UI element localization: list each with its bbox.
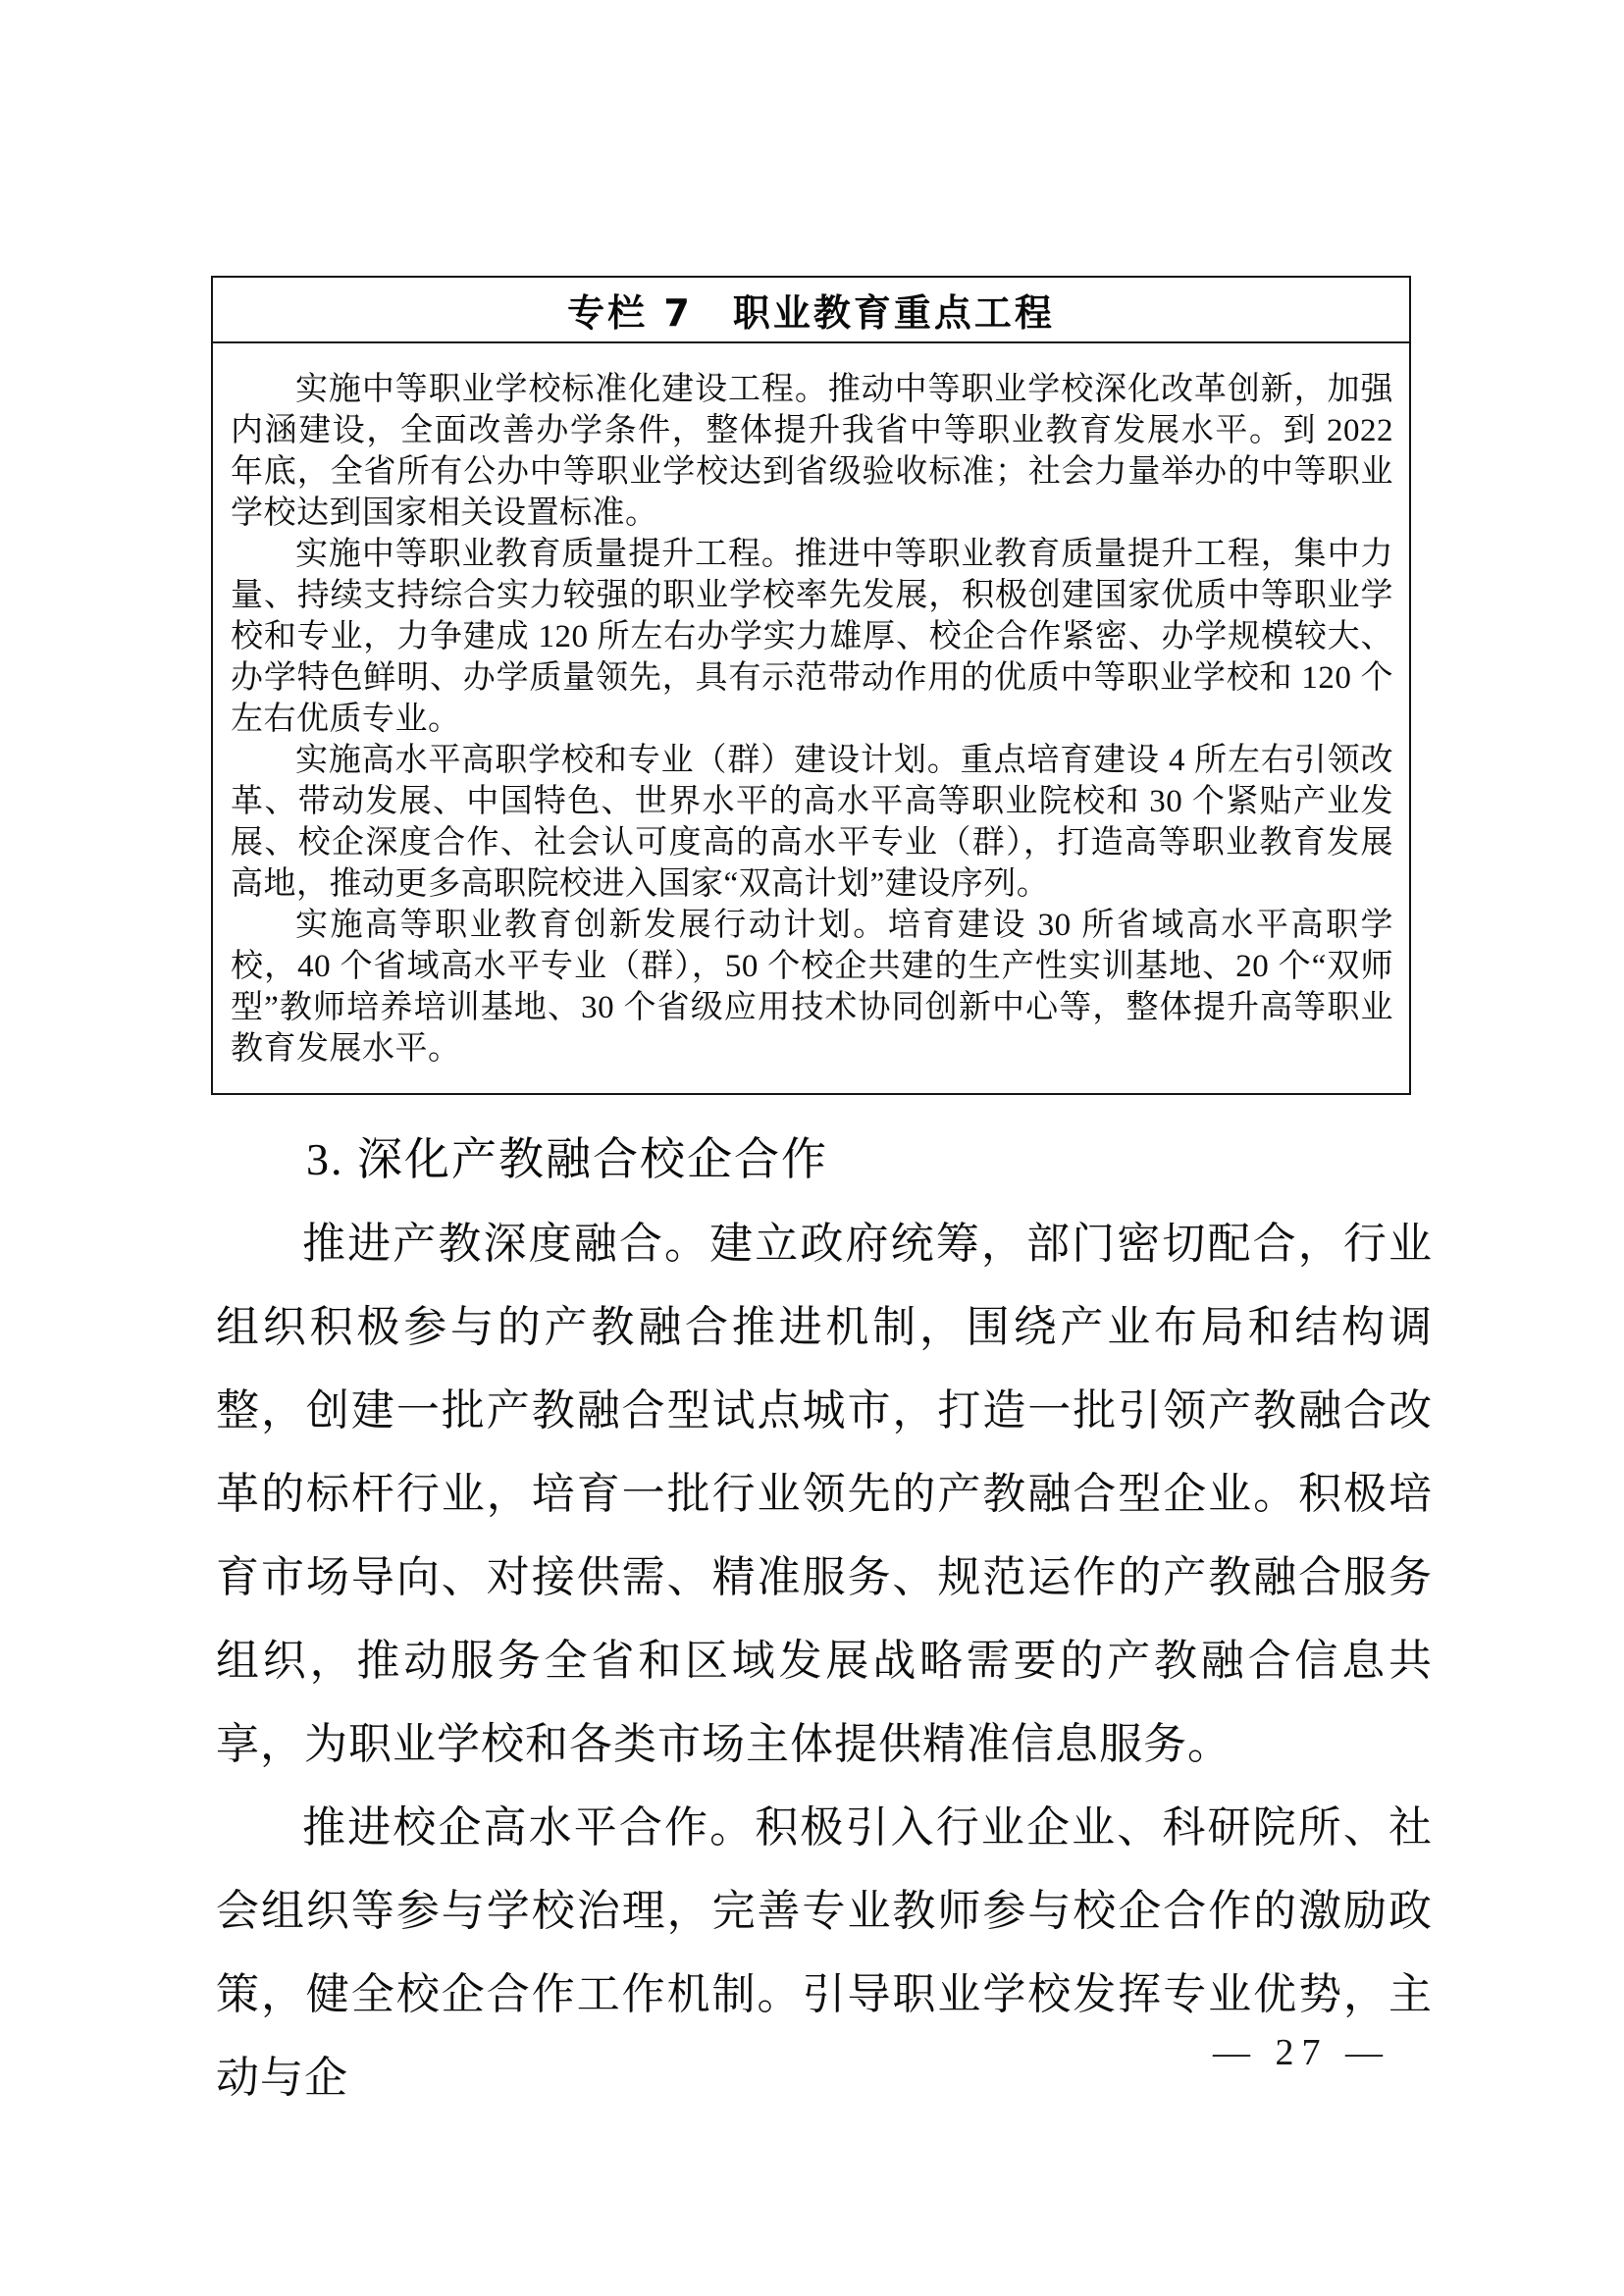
callout-paragraph-3: 实施高水平高职学校和专业（群）建设计划。重点培育建设 4 所左右引领改革、带动发… [231, 740, 1393, 905]
section-heading: 3. 深化产教融合校企合作 [216, 1130, 1433, 1189]
body-paragraph-1: 推进产教深度融合。建立政府统筹，部门密切配合，行业组织积极参与的产教融合推进机制… [216, 1202, 1433, 1786]
callout-paragraph-1: 实施中等职业学校标准化建设工程。推动中等职业学校深化改革创新，加强内涵建设，全面… [231, 369, 1393, 534]
body-text: 推进产教深度融合。建立政府统筹，部门密切配合，行业组织积极参与的产教融合推进机制… [216, 1202, 1433, 2119]
callout-paragraph-4: 实施高等职业教育创新发展行动计划。培育建设 30 所省域高水平高职学校，40 个… [231, 905, 1393, 1070]
callout-box-title: 专栏 7 职业教育重点工程 [213, 278, 1409, 343]
document-page: 专栏 7 职业教育重点工程 实施中等职业学校标准化建设工程。推动中等职业学校深化… [0, 0, 1624, 2296]
callout-box-body: 实施中等职业学校标准化建设工程。推动中等职业学校深化改革创新，加强内涵建设，全面… [213, 343, 1409, 1070]
callout-box: 专栏 7 职业教育重点工程 实施中等职业学校标准化建设工程。推动中等职业学校深化… [211, 276, 1411, 1095]
callout-paragraph-2: 实施中等职业教育质量提升工程。推进中等职业教育质量提升工程，集中力量、持续支持综… [231, 534, 1393, 740]
page-number: — 27 — [1213, 2031, 1390, 2074]
